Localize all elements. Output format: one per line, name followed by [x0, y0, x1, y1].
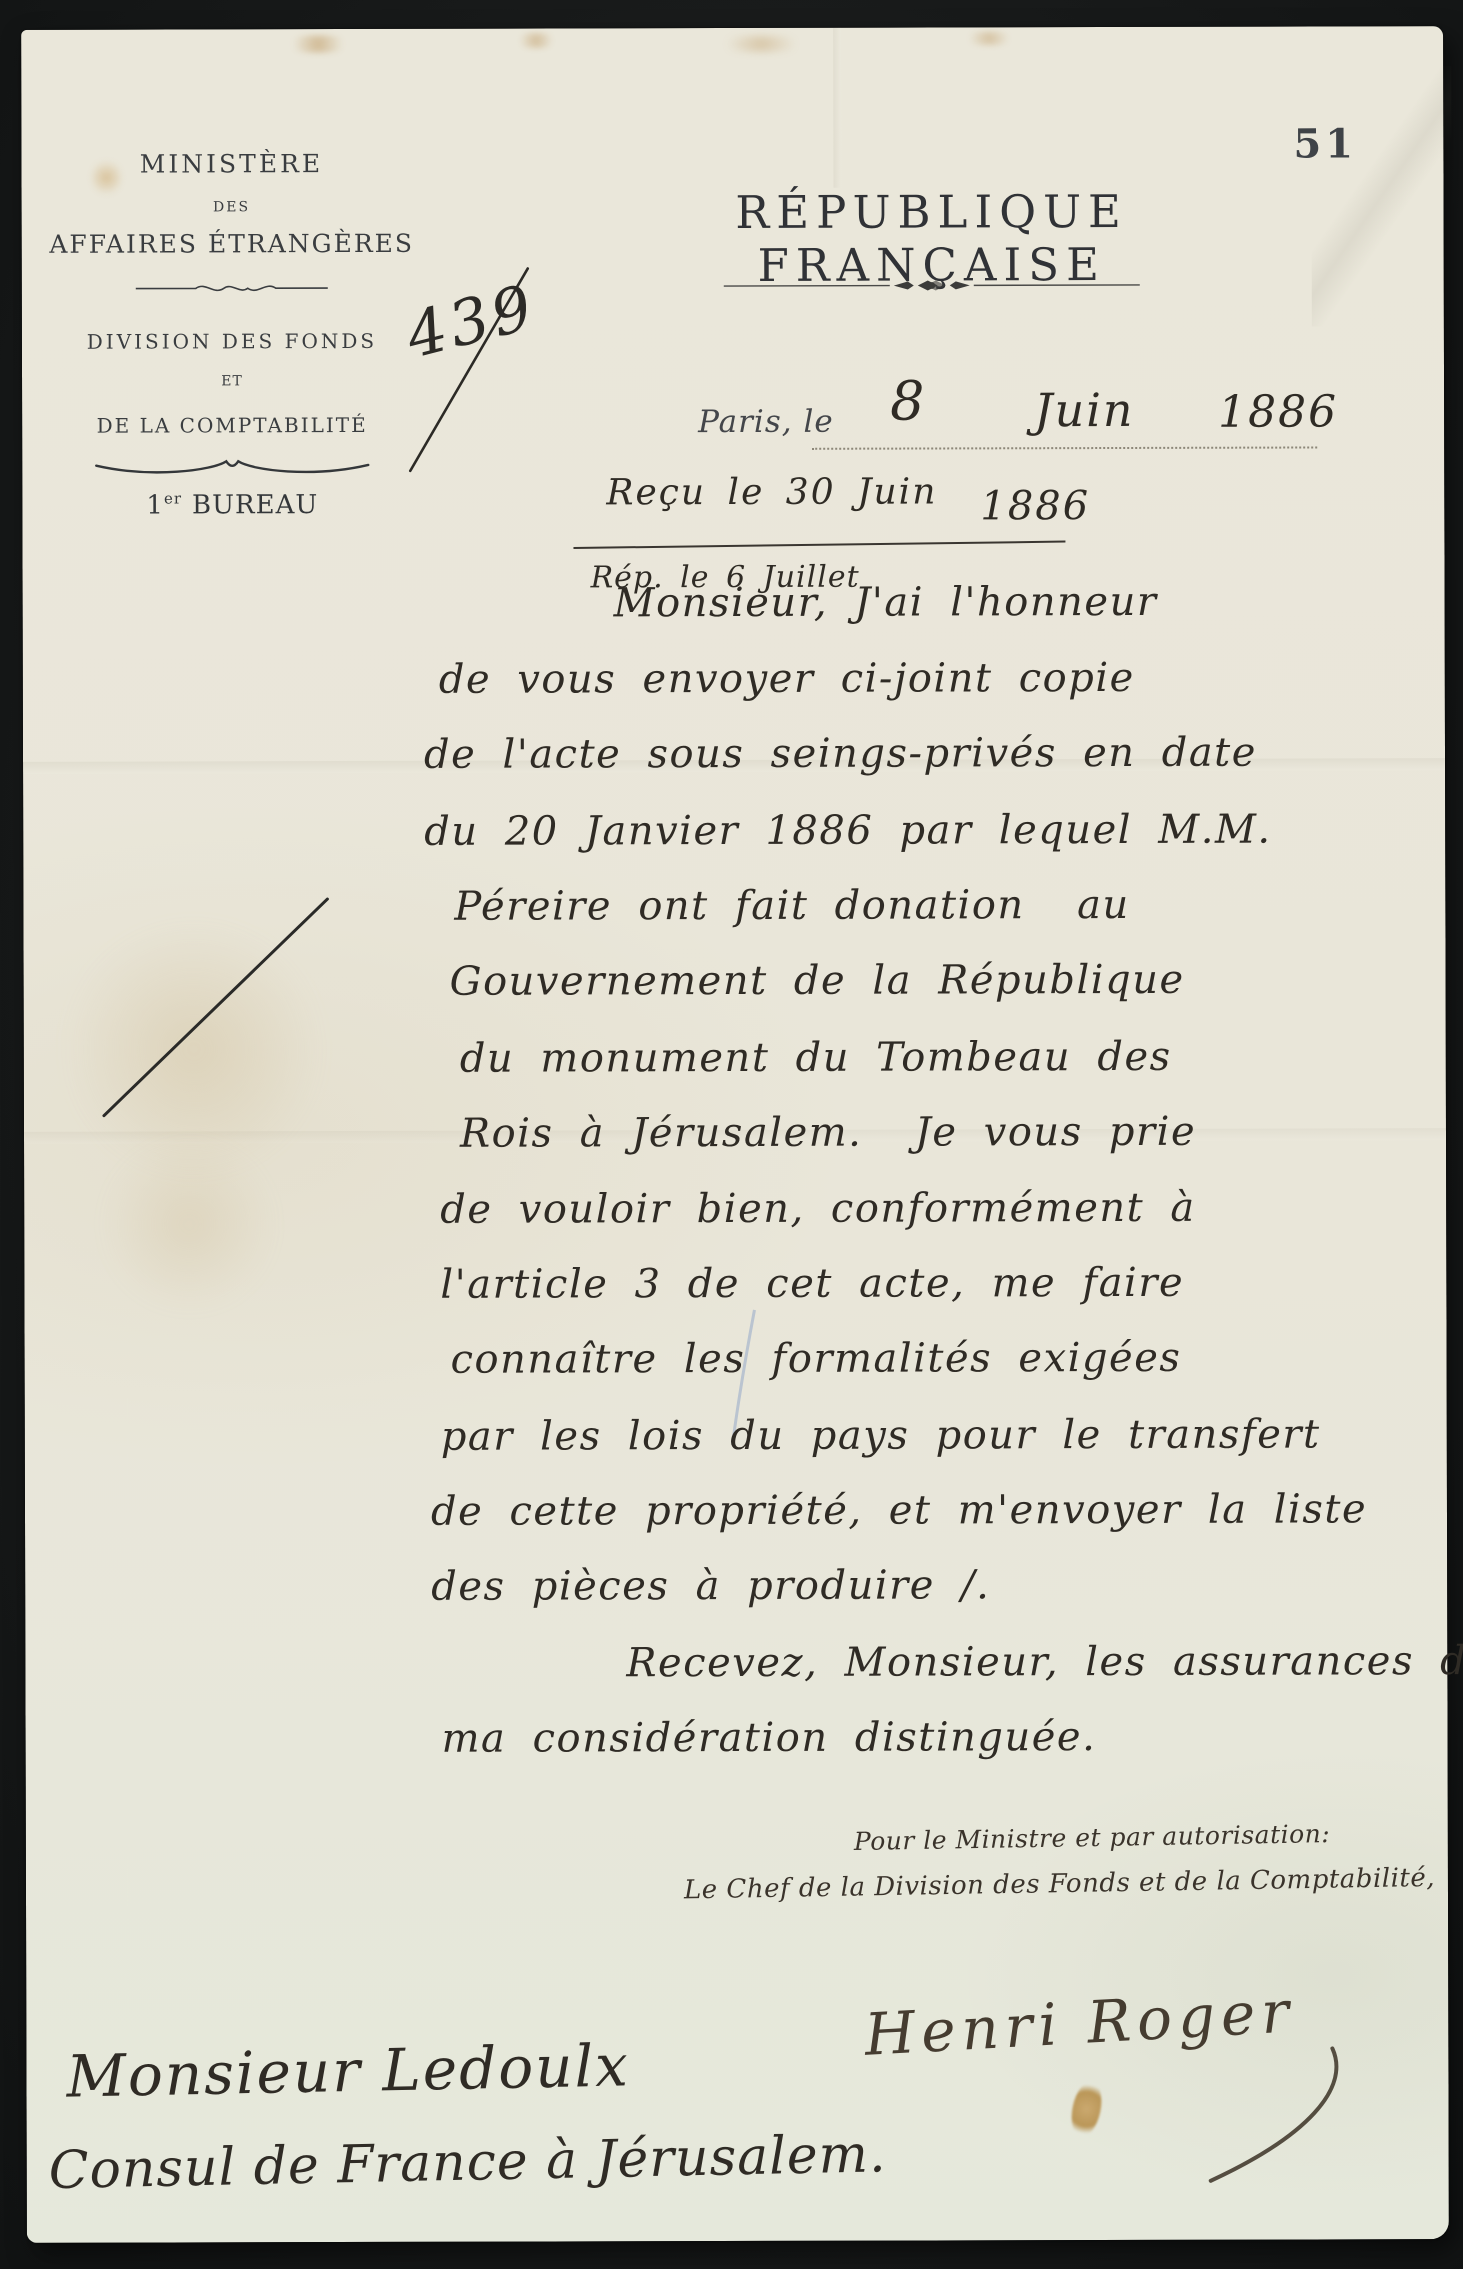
bureau-number: 1 [146, 490, 164, 520]
letterhead-division: DIVISION DES FONDS [42, 329, 422, 354]
date-day: 8 [890, 370, 925, 433]
body-line: Rois à Jérusalem. Je vous prie [460, 1109, 1196, 1157]
document-page: 51 MINISTÈRE DES AFFAIRES ÉTRANGÈRES DIV… [21, 26, 1449, 2243]
letterhead-comptabilite: DE LA COMPTABILITÉ [42, 413, 422, 438]
body-line: Recevez, Monsieur, les assurances de [626, 1638, 1463, 1686]
dateline-printed: Paris, le [698, 404, 834, 440]
squiggle-divider-icon [132, 279, 332, 298]
body-line: du 20 Janvier 1886 par lequel M.M. [424, 807, 1272, 855]
recipient-title: Consul de France à Jérusalem. [48, 2124, 887, 2201]
letterhead: MINISTÈRE DES AFFAIRES ÉTRANGÈRES DIVISI… [41, 29, 422, 550]
stain-spot [513, 32, 559, 48]
bureau-ordinal: er [164, 489, 182, 507]
brace-divider-icon [92, 453, 372, 480]
body-line: Péreire ont fait donation au [454, 882, 1129, 930]
signature-flourish [1146, 2040, 1366, 2191]
crease-line-vertical [833, 28, 841, 188]
letterhead-affaires: AFFAIRES ÉTRANGÈRES [42, 229, 422, 259]
letterhead-des: DES [42, 199, 422, 216]
body-line: ma considération distinguée. [442, 1714, 1097, 1762]
body-line: de l'acte sous seings-privés en date [424, 730, 1257, 778]
body-line: de vous envoyer ci-joint copie [439, 655, 1135, 703]
paper-wrinkle [1311, 66, 1452, 326]
title-ornament-rule [722, 277, 1142, 294]
registry-slash-mark [402, 261, 543, 481]
body-line: Gouvernement de la République [450, 957, 1185, 1005]
document-title: RÉPUBLIQUE FRANÇAISE [552, 184, 1312, 292]
foxing-stain [84, 1139, 294, 1310]
letterhead-et: ET [42, 373, 422, 390]
body-line: de cette propriété, et m'envoyer la list… [431, 1486, 1367, 1534]
received-underline [573, 541, 1065, 549]
recipient-name: Monsieur Ledoulx [66, 2031, 631, 2110]
date-year: 1886 [1218, 386, 1338, 437]
received-year: 1886 [980, 483, 1090, 529]
letterhead-ministry: MINISTÈRE [41, 149, 421, 179]
body-line: du monument du Tombeau des [460, 1034, 1172, 1082]
body-line: de vouloir bien, conformément à [440, 1185, 1196, 1233]
attribution-authorization: Pour le Ministre et par autorisation: [854, 1819, 1331, 1856]
dateline-dotted-rule [812, 446, 1317, 449]
body-line: Monsieur, J'ai l'honneur [614, 579, 1158, 626]
body-line: des pièces à produire /. [431, 1562, 990, 1609]
photo-background: 51 MINISTÈRE DES AFFAIRES ÉTRANGÈRES DIV… [0, 0, 1463, 2269]
received-note: Reçu le 30 Juin [606, 471, 937, 513]
stain-spot [961, 31, 1017, 45]
bureau-word: BUREAU [192, 490, 318, 520]
page-number: 51 [1293, 120, 1357, 167]
stain-spot [711, 36, 811, 52]
body-line: l'article 3 de cet acte, me faire [440, 1260, 1184, 1308]
attribution-title: Le Chef de la Division des Fonds et de l… [684, 1863, 1435, 1905]
archival-slash-mark [95, 889, 346, 1125]
body-line: par les lois du pays pour le transfert [441, 1411, 1321, 1459]
letterhead-bureau: 1erBUREAU [42, 489, 422, 521]
stain-spot [1067, 2079, 1106, 2140]
date-month: Juin [1034, 383, 1135, 437]
body-line: connaître les formalités exigées [451, 1335, 1182, 1383]
